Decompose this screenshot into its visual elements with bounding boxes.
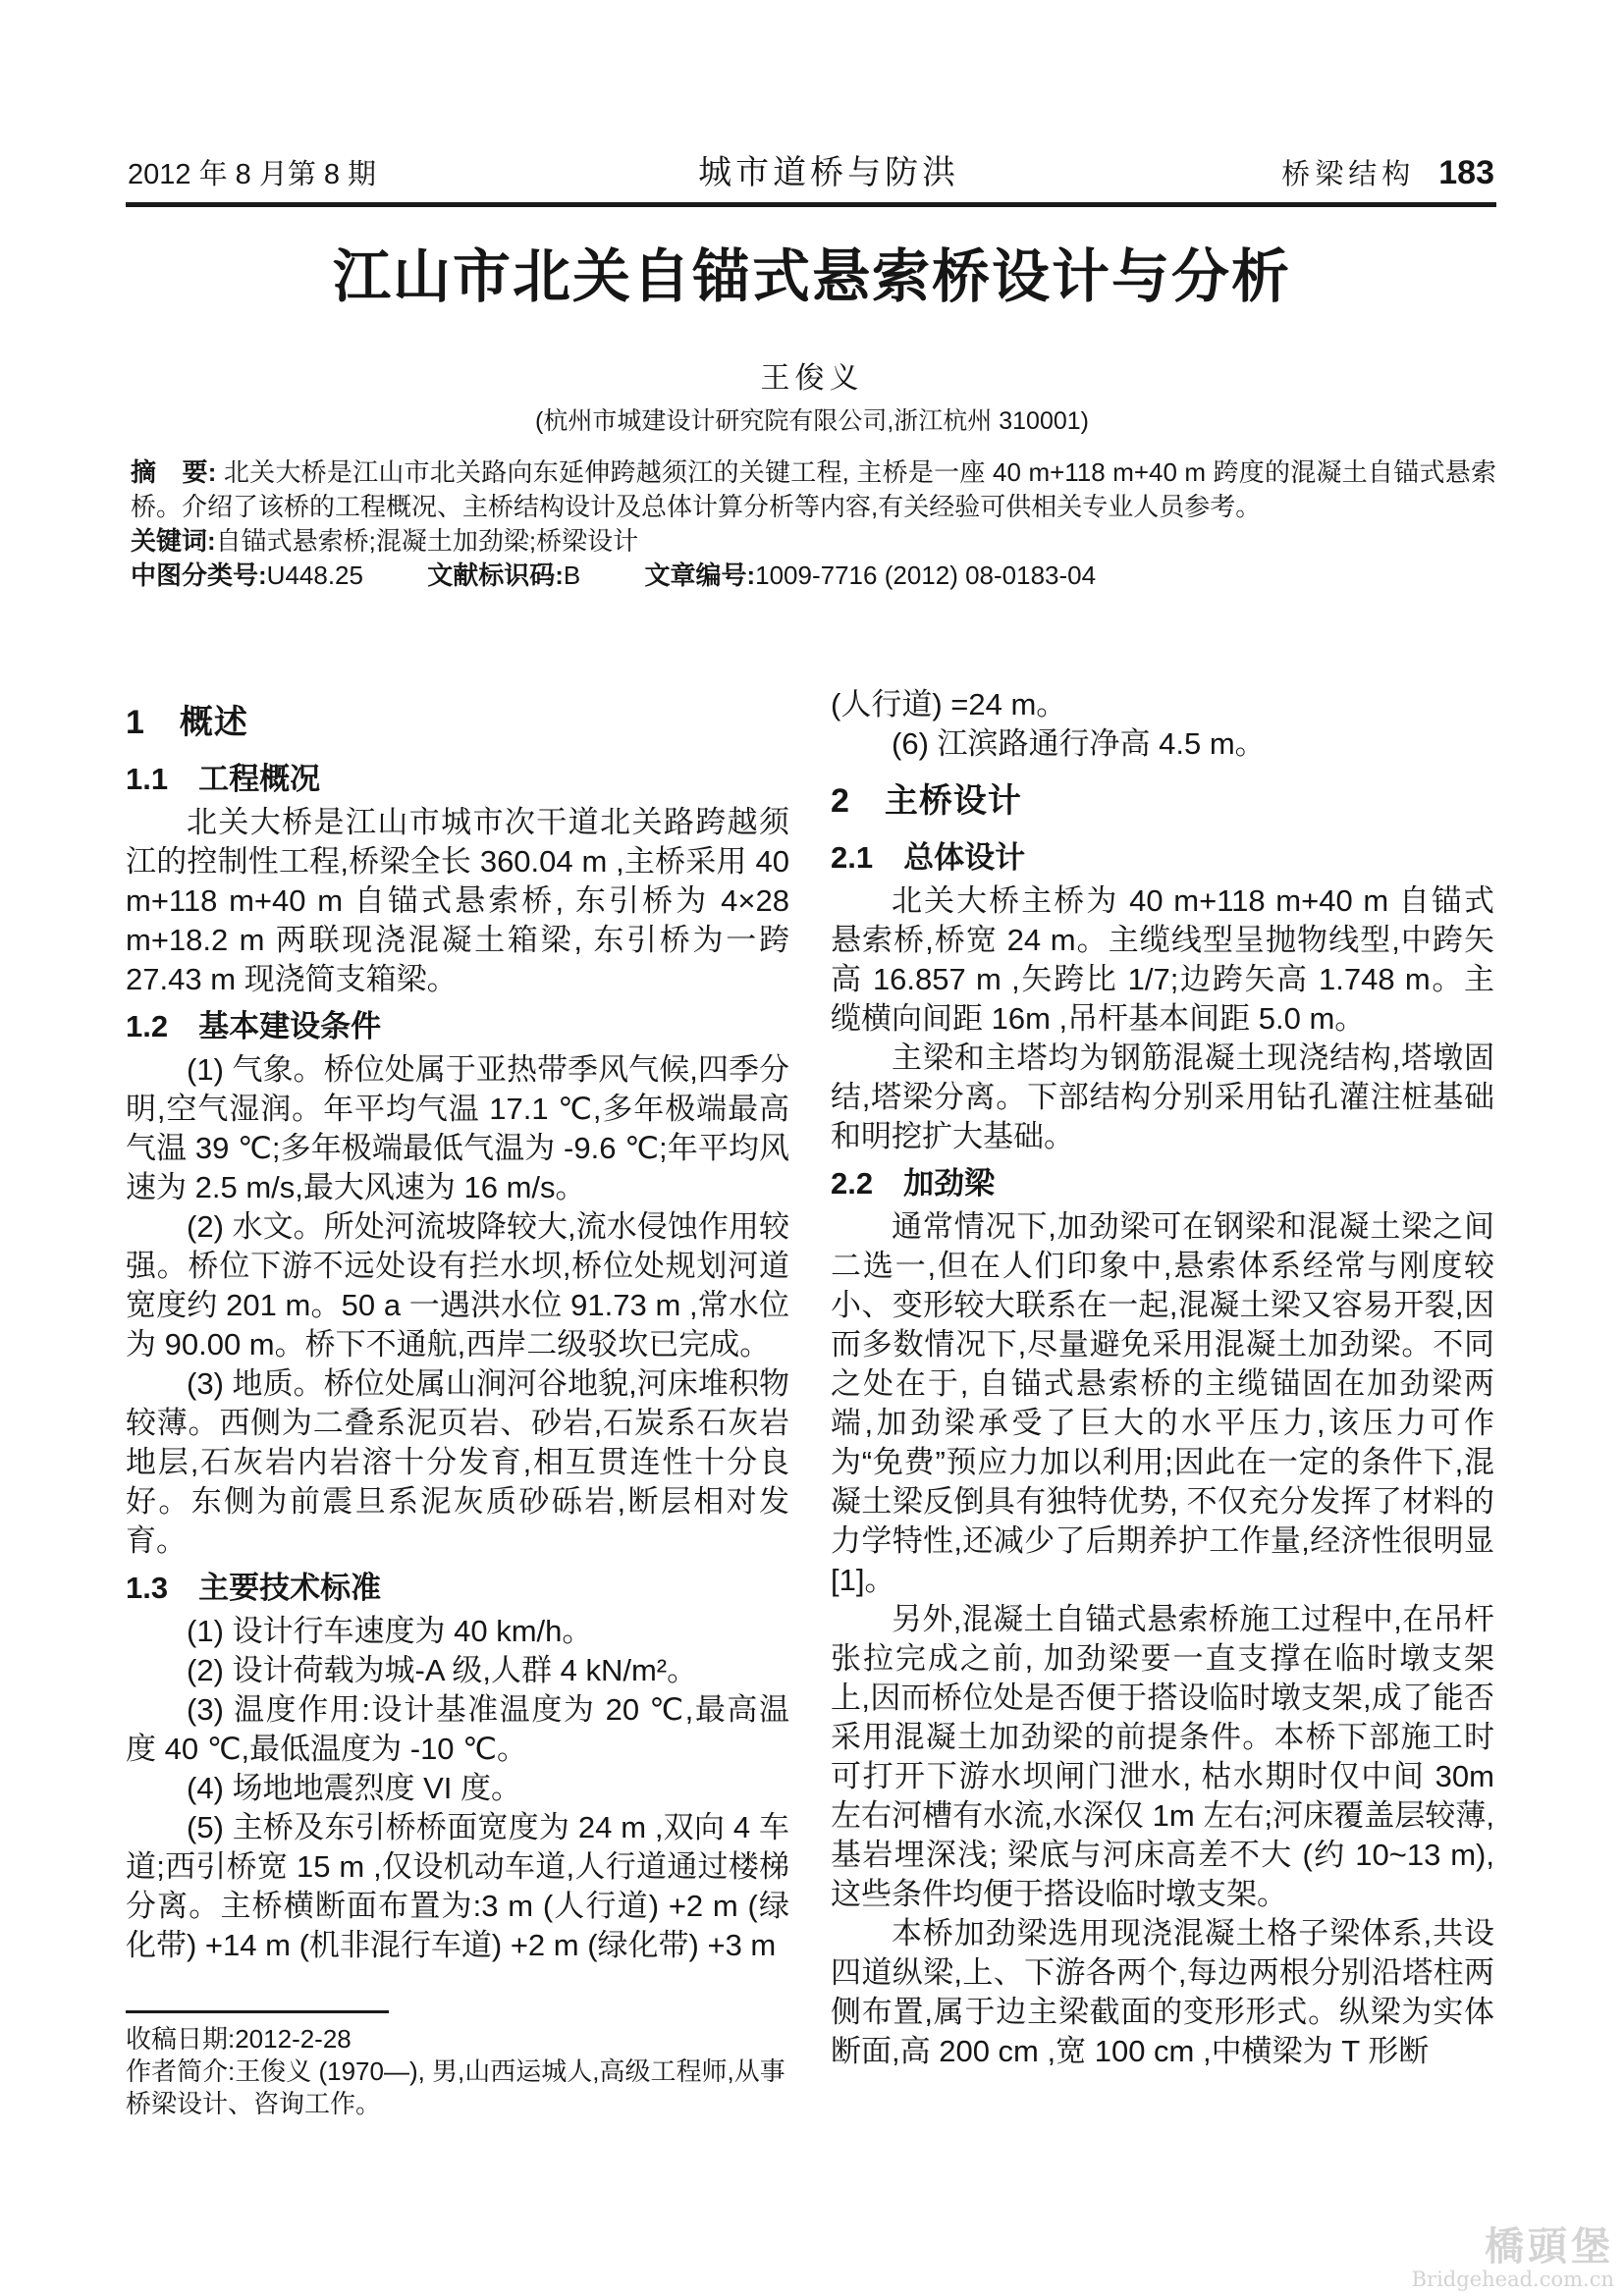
running-head: 2012 年 8 月第 8 期 城市道桥与防洪 桥梁结构 183 [128,145,1494,193]
clc-group: 中图分类号:U448.25 [131,561,363,590]
journal-name: 城市道桥与防洪 [376,145,1281,193]
right-column: (人行道) =24 m。 (6) 江滨路通行净高 4.5 m。 2 主桥设计 2… [831,685,1494,2120]
author-bio: 作者简介:王俊义 (1970—), 男,山西运城人,高级工程师,从事桥梁设计、咨… [126,2056,789,2120]
hydrology-paragraph: (2) 水文。所处河流坡降较大,流水侵蚀作用较强。桥位下游不远处设有拦水坝,桥位… [126,1207,789,1364]
tech-standard-item-4: (4) 场地地震烈度 VI 度。 [126,1769,789,1808]
section-1-3-heading: 1.3 主要技术标准 [126,1569,789,1608]
section-1-1-paragraph: 北关大桥是江山市城市次干道北关路跨越须江的控制性工程,桥梁全长 360.04 m… [126,803,789,999]
classification-row: 中图分类号:U448.25 文献标识码:B 文章编号:1009-7716 (20… [131,559,1496,593]
stiffening-girder-paragraph-1: 通常情况下,加劲梁可在钢梁和混凝土梁之间二选一,但在人们印象中,悬索体系经常与刚… [831,1207,1494,1600]
weather-paragraph: (1) 气象。桥位处属于亚热带季风气候,四季分明,空气湿润。年平均气温 17.1… [126,1050,789,1207]
keywords-label: 关键词: [131,526,216,556]
tech-standard-item-1: (1) 设计行车速度为 40 km/h。 [126,1612,789,1651]
section-name: 桥梁结构 [1281,152,1415,192]
section-2-1-heading: 2.1 总体设计 [831,838,1494,878]
footnote-block: 收稿日期:2012-2-28 作者简介:王俊义 (1970—), 男,山西运城人… [126,2010,789,2120]
continuation-paragraph: (人行道) =24 m。 [831,685,1494,724]
stiffening-girder-paragraph-3: 本桥加劲梁选用现浇混凝土格子梁体系,共设四道纵梁,上、下游各两个,每边两根分别沿… [831,1914,1494,2071]
stiffening-girder-paragraph-2: 另外,混凝土自锚式悬索桥施工过程中,在吊杆张拉完成之前, 加劲梁要一直支撑在临时… [831,1600,1494,1914]
article-no-group: 文章编号:1009-7716 (2012) 08-0183-04 [644,561,1096,590]
section-2-heading: 2 主桥设计 [831,779,1494,823]
journal-page: 2012 年 8 月第 8 期 城市道桥与防洪 桥梁结构 183 江山市北关自锚… [0,0,1624,2296]
article-title: 江山市北关自锚式悬索桥设计与分析 [0,230,1624,313]
general-design-paragraph-2: 主梁和主塔均为钢筋混凝土现浇结构,塔墩固结,塔梁分离。下部结构分别采用钻孔灌注桩… [831,1039,1494,1156]
tech-standard-item-5: (5) 主桥及东引桥桥面宽度为 24 m ,双向 4 车道;西引桥宽 15 m … [126,1808,789,1965]
issue-date: 2012 年 8 月第 8 期 [128,152,376,192]
author-name: 王俊义 [0,353,1624,397]
section-2-2-heading: 2.2 加劲梁 [831,1164,1494,1203]
watermark-url-text: Bridgehead.com.cn [1412,2269,1614,2292]
doc-code-value: B [564,561,580,590]
doc-code-label: 文献标识码: [427,561,564,590]
abstract-text: 北关大桥是江山市北关路向东延伸跨越须江的关键工程, 主桥是一座 40 m+118… [131,457,1496,521]
section-1-heading: 1 概述 [126,701,789,744]
watermark-logo-text: 橋頭堡 [1412,2225,1614,2269]
section-1-2-heading: 1.2 基本建设条件 [126,1007,789,1046]
received-date: 收稿日期:2012-2-28 [126,2023,789,2056]
tech-standard-item-6: (6) 江滨路通行净高 4.5 m。 [831,724,1494,764]
clc-label: 中图分类号: [131,561,267,590]
watermark: 橋頭堡 Bridgehead.com.cn [1412,2225,1614,2292]
abstract-label: 摘 要: [131,457,216,487]
header-rule [126,202,1496,207]
doc-code-group: 文献标识码:B [427,561,580,590]
abstract-block: 摘 要: 北关大桥是江山市北关路向东延伸跨越须江的关键工程, 主桥是一座 40 … [131,455,1496,593]
tech-standard-item-3: (3) 温度作用:设计基准温度为 20 ℃,最高温度 40 ℃,最低温度为 -1… [126,1690,789,1769]
keywords-paragraph: 关键词:自锚式悬索桥;混凝土加劲梁;桥梁设计 [131,524,1496,559]
abstract-paragraph: 摘 要: 北关大桥是江山市北关路向东延伸跨越须江的关键工程, 主桥是一座 40 … [131,455,1496,524]
geology-paragraph: (3) 地质。桥位处属山涧河谷地貌,河床堆积物较薄。西侧为二叠系泥页岩、砂岩,石… [126,1364,789,1561]
author-affiliation: (杭州市城建设计研究院有限公司,浙江杭州 310001) [0,401,1624,437]
running-head-right: 桥梁结构 183 [1281,152,1494,192]
tech-standard-item-2: (2) 设计荷载为城-A 级,人群 4 kN/m²。 [126,1651,789,1690]
section-1-1-heading: 1.1 工程概况 [126,760,789,799]
page-number: 183 [1438,154,1494,192]
body-columns: 1 概述 1.1 工程概况 北关大桥是江山市城市次干道北关路跨越须江的控制性工程… [126,685,1494,2120]
article-no-label: 文章编号: [644,561,755,590]
general-design-paragraph-1: 北关大桥主桥为 40 m+118 m+40 m 自锚式悬索桥,桥宽 24 m。主… [831,881,1494,1039]
article-no-value: 1009-7716 (2012) 08-0183-04 [755,561,1096,590]
keywords-text: 自锚式悬索桥;混凝土加劲梁;桥梁设计 [216,526,638,556]
left-column: 1 概述 1.1 工程概况 北关大桥是江山市城市次干道北关路跨越须江的控制性工程… [126,685,789,2120]
footnote-rule [126,2010,389,2013]
clc-value: U448.25 [267,561,363,590]
